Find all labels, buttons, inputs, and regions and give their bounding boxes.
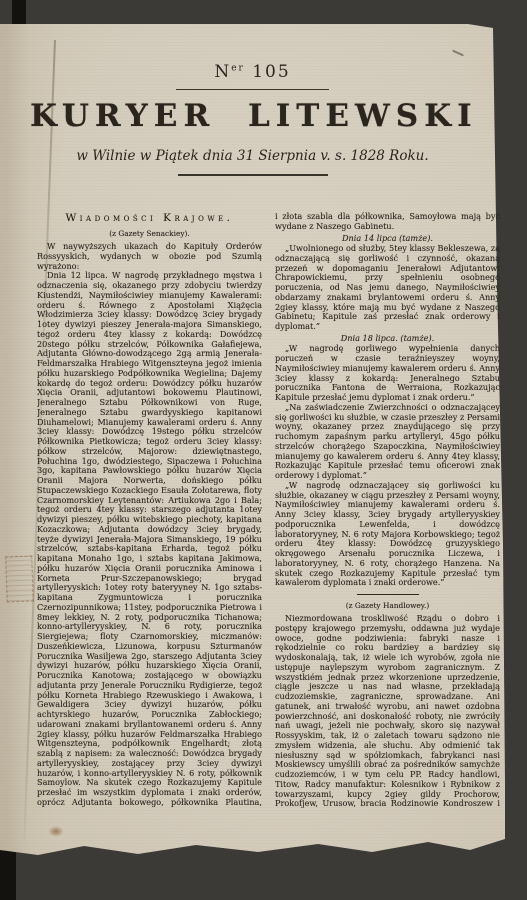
paper-stain: [48, 826, 64, 837]
newspaper-scan-page: Ner 105 KURYER LITEWSKI w Wilnie w Piąte…: [0, 0, 527, 900]
block-para: „W nagrodę odznaczającey się gorliwości …: [275, 481, 500, 588]
block-rule: [357, 594, 419, 595]
block-date-heading: Dnia 18 lipca. (tamże).: [275, 333, 500, 344]
block-para: „Na zaświadczenie Zwierzchności o odznac…: [275, 403, 500, 481]
masthead: Ner 105 KURYER LITEWSKI w Wilnie w Piąte…: [30, 62, 475, 176]
block-source: (z Gazety Senackiey).: [37, 229, 262, 238]
article-columns: Wiadomości Krajowe.(z Gazety Senackiey).…: [37, 212, 501, 812]
issue-number-superscript: er: [231, 63, 245, 73]
right-column: i złota szabla dla półkownika, Samoyłowa…: [275, 212, 500, 808]
masthead-rule-bottom: [178, 174, 328, 175]
block-section-heading: Wiadomości Krajowe.: [37, 212, 262, 225]
left-column: Wiadomości Krajowe.(z Gazety Senackiey).…: [37, 212, 262, 808]
block-para: Niezmordowana troskliwość Rządu o dobro …: [275, 614, 500, 808]
block-para: W naywyższych ukazach do Kapituły Orderó…: [37, 242, 262, 271]
masthead-rule-top: [176, 89, 329, 90]
issue-number-value: 105: [252, 62, 290, 82]
film-strip-bottom-left: [0, 845, 16, 900]
issue-number: Ner 105: [30, 62, 475, 82]
block-date-heading: Dnia 14 lipca (tamże).: [275, 233, 500, 244]
block-para-cont: i złota szabla dla półkownika, Samoyłowa…: [275, 212, 500, 232]
newspaper-title: KURYER LITEWSKI: [30, 98, 475, 134]
library-stamp-mark: [5, 556, 34, 603]
block-para: „W nagrodę gorliwego wypełnienia danych …: [275, 344, 500, 403]
film-strip-top-left: [12, 0, 26, 27]
block-source: (z Gazety Handlowey.): [275, 601, 500, 610]
block-para: „Uwolnionego od służby, 5tey klassy Bekl…: [275, 244, 500, 332]
block-para: Dnia 12 lipca. W nagrodę przykładnego mę…: [37, 271, 262, 808]
masthead-dateline: w Wilnie w Piątek dnia 31 Sierpnia v. s.…: [30, 148, 475, 164]
